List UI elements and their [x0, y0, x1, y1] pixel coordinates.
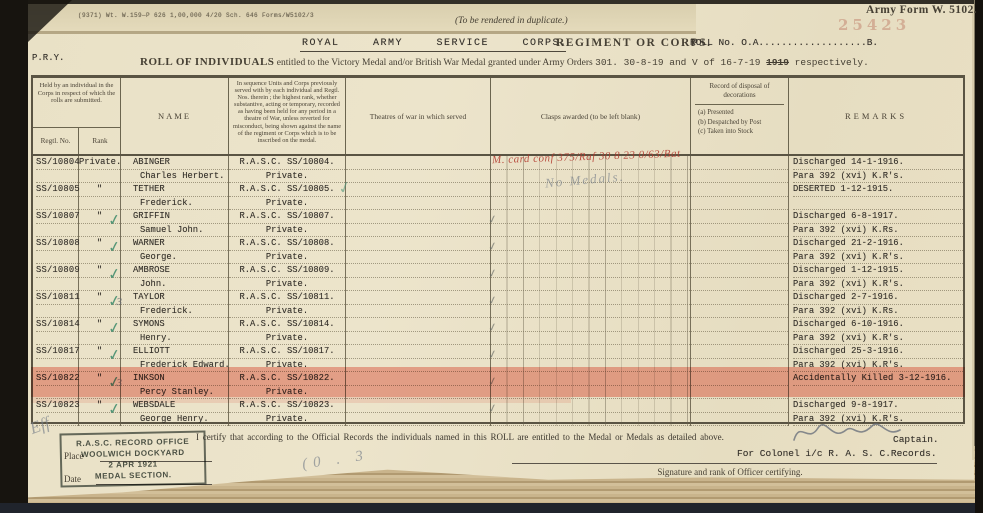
cell-theatres: ✓ [346, 237, 491, 264]
remark-line-1: Discharged 9-8-1917. [793, 399, 963, 413]
cell-name: ✓ WEBSDALE George Henry. [121, 399, 229, 426]
remark-line-1: DESERTED 1-12-1915. [793, 183, 963, 197]
cell-regtl-no: SS/10808 [33, 237, 79, 264]
cell-name: ✓ WARNER George. [121, 237, 229, 264]
clasps-blank-1 [491, 264, 690, 278]
header-disposal-title: Record of disposal of decorations [695, 82, 784, 100]
remark-line-1: Discharged 6-10-1916. [793, 318, 963, 332]
unit-rank-value: Private. [229, 359, 345, 373]
unit-value: R.A.S.C. SS/10808. [229, 237, 345, 251]
cell-clasps [491, 264, 691, 291]
clasps-blank-1 [491, 318, 690, 332]
disposal-blank-1 [691, 399, 788, 413]
surname-value: AMBROSE [121, 264, 228, 278]
unit-value: R.A.S.C. SS/10814. [229, 318, 345, 332]
roll-title-rest: entitled to the Victory Medal and/or Bri… [274, 58, 595, 68]
cell-disposal [691, 156, 789, 183]
regtl-no-blank [36, 332, 78, 346]
cell-unit: R.A.S.C. SS/10811. Private. [229, 291, 346, 318]
serial-number-stamp: 25423 [838, 16, 910, 34]
theatre-blank-1 [346, 399, 490, 413]
table-row: SS/10811 " 3 ✓ TAYLOR Frederick. R.A.S.C… [33, 291, 963, 318]
theatre-blank-1 [346, 345, 490, 359]
disposal-blank-1 [691, 345, 788, 359]
cell-unit: R.A.S.C. SS/10807. Private. [229, 210, 346, 237]
cell-disposal [691, 372, 789, 399]
cell-clasps [491, 237, 691, 264]
disposal-blank-1 [691, 183, 788, 197]
cell-name: ✓ INKSON Percy Stanley. [121, 372, 229, 399]
roll-title-lead: ROLL OF INDIVIDUALS [140, 56, 274, 68]
clasps-blank-2 [491, 251, 690, 265]
cell-clasps [491, 372, 691, 399]
regtl-no-value: SS/10807 [36, 210, 78, 224]
clasps-blank-1 [491, 291, 690, 305]
unit-value: R.A.S.C. SS/10823. [229, 399, 345, 413]
disposal-item-c: (c) Taken into Stock [695, 127, 784, 137]
unit-rank-value: Private. [229, 413, 345, 427]
corps-underline [300, 51, 566, 52]
regtl-no-blank [36, 170, 78, 184]
clasps-blank-2 [491, 359, 690, 373]
table-row: SS/10814 " ✓ SYMONS Henry. R.A.S.C. SS/1… [33, 318, 963, 345]
remark-line-1: Discharged 2-7-1916. [793, 291, 963, 305]
cell-name: ✓ ABINGER Charles Herbert. [121, 156, 229, 183]
medal-roll-table: Held by an individual in the Corps in re… [31, 75, 965, 424]
cell-theatres: ✓ [346, 291, 491, 318]
cell-remarks: Discharged 6-8-1917. Para 392 (xvi) K.Rs… [789, 210, 963, 237]
surname-value: GRIFFIN [121, 210, 228, 224]
theatre-blank-2 [346, 332, 490, 346]
table-body: SS/10804 Private. ✓ ABINGER Charles Herb… [33, 156, 963, 426]
regiment-or-corps-label: REGIMENT OR CORPS. [556, 37, 712, 49]
clasps-blank-1 [491, 237, 690, 251]
header-remarks: REMARKS [789, 78, 963, 154]
cell-unit: R.A.S.C. SS/10817. Private. [229, 345, 346, 372]
regtl-no-blank [36, 197, 78, 211]
forename-value: Frederick. [121, 305, 228, 319]
cell-regtl-no: SS/10805 [33, 183, 79, 210]
cell-name: ✓ TETHER Frederick. [121, 183, 229, 210]
cell-remarks: Discharged 6-10-1916. Para 392 (xvi) K.R… [789, 318, 963, 345]
regtl-no-blank [36, 251, 78, 265]
cell-rank: Private. [79, 156, 121, 183]
surname-value: WARNER [121, 237, 228, 251]
cell-remarks: Discharged 25-3-1916. Para 392 (xvi) K.R… [789, 345, 963, 372]
cell-regtl-no: SS/10804 [33, 156, 79, 183]
regtl-no-value: SS/10809 [36, 264, 78, 278]
cell-regtl-no: SS/10807 [33, 210, 79, 237]
regtl-no-value: SS/10808 [36, 237, 78, 251]
remark-line-2: Para 392 (xvi) K.Rs. [793, 305, 963, 319]
cell-remarks: Discharged 14-1-1916. Para 392 (xvi) K.R… [789, 156, 963, 183]
theatre-blank-2 [346, 413, 490, 427]
header-rank: Rank [79, 128, 121, 154]
surname-value: SYMONS [121, 318, 228, 332]
remark-line-2: Para 392 (xvi) K.R's. [793, 251, 963, 265]
clasps-blank-2 [491, 224, 690, 238]
remark-line-1: Discharged 25-3-1916. [793, 345, 963, 359]
regtl-no-blank [36, 224, 78, 238]
header-name: NAME [121, 78, 229, 154]
header-disposal: Record of disposal of decorations (a) Pr… [691, 78, 789, 154]
table-row: SS/10805 " ✓ TETHER Frederick. R.A.S.C. … [33, 183, 963, 210]
cell-unit: R.A.S.C. SS/10809. Private. [229, 264, 346, 291]
disposal-blank-2 [691, 386, 788, 400]
theatre-blank-2 [346, 197, 490, 211]
disposal-blank-2 [691, 359, 788, 373]
rank-value: " [79, 183, 120, 197]
cell-disposal [691, 318, 789, 345]
cell-unit: R.A.S.C. SS/10823. Private. [229, 399, 346, 426]
cell-unit: R.A.S.C. SS/10808. Private. [229, 237, 346, 264]
clasps-blank-2 [491, 332, 690, 346]
disposal-item-b: (b) Despatched by Post [695, 118, 784, 128]
header-held-by: Held by an individual in the Corps in re… [33, 78, 121, 154]
cell-unit: R.A.S.C. SS/10804. Private. [229, 156, 346, 183]
theatre-blank-2 [346, 305, 490, 319]
forename-value: George Henry. [121, 413, 228, 427]
header-disposal-items: (a) Presented (b) Despatched by Post (c)… [695, 108, 784, 137]
theatre-blank-1 [346, 210, 490, 224]
record-office-stamp: R.A.S.C. RECORD OFFICE WOOLWICH DOCKYARD… [59, 430, 206, 487]
unit-value: R.A.S.C. SS/10811. [229, 291, 345, 305]
remark-line-2: Para 392 (xvi) K.R's. [793, 359, 963, 373]
stamp-line-4: MEDAL SECTION. [62, 469, 204, 483]
surname-value: TAYLOR [121, 291, 228, 305]
cell-disposal [691, 183, 789, 210]
theatre-blank-2 [346, 170, 490, 184]
table-row: SS/10809 " ✓ AMBROSE John. R.A.S.C. SS/1… [33, 264, 963, 291]
regtl-no-value: SS/10811 [36, 291, 78, 305]
forename-value: Henry. [121, 332, 228, 346]
disposal-blank-2 [691, 197, 788, 211]
cell-theatres: ✓ [346, 264, 491, 291]
cell-disposal [691, 291, 789, 318]
forename-value: Percy Stanley. [121, 386, 228, 400]
header-units: In sequence Units and Corps previously s… [229, 78, 346, 154]
forename-value: Frederick Edward. [121, 359, 228, 373]
cell-rank: " [79, 183, 121, 210]
disposal-blank-1 [691, 210, 788, 224]
rank-value: Private. [79, 156, 120, 170]
forename-value: John. [121, 278, 228, 292]
unit-value: R.A.S.C. SS/10817. [229, 345, 345, 359]
remark-line-1: Discharged 14-1-1916. [793, 156, 963, 170]
disposal-blank-1 [691, 156, 788, 170]
table-row: SS/10822 " 3 ✓ INKSON Percy Stanley. R.A… [33, 372, 963, 399]
regtl-no-value: SS/10814 [36, 318, 78, 332]
regtl-no-blank [36, 305, 78, 319]
header-clasps: Clasps awarded (to be left blank) [491, 78, 691, 154]
remark-line-2: Para 392 (xvi) K.Rs. [793, 224, 963, 238]
forename-value: Charles Herbert. [121, 170, 228, 184]
cell-remarks: Accidentally Killed 3-12-1916. [789, 372, 963, 399]
theatre-blank-2 [346, 278, 490, 292]
disposal-blank-1 [691, 318, 788, 332]
theatre-blank-1 [346, 183, 490, 197]
header-held-by-subrow: Regtl. No. Rank [33, 127, 120, 154]
cell-remarks: Discharged 2-7-1916. Para 392 (xvi) K.Rs… [789, 291, 963, 318]
army-form-number: Army Form W. 5102. [866, 4, 977, 16]
cell-remarks: Discharged 21-2-1916. Para 392 (xvi) K.R… [789, 237, 963, 264]
header-regtl-no: Regtl. No. [33, 128, 79, 154]
unit-rank-value: Private. [229, 305, 345, 319]
unit-rank-value: Private. [229, 170, 345, 184]
cell-regtl-no: SS/10817 [33, 345, 79, 372]
header-held-by-text: Held by an individual in the Corps in re… [33, 78, 120, 127]
cell-unit: R.A.S.C. SS/10814. Private. [229, 318, 346, 345]
cell-clasps [491, 399, 691, 426]
theatre-blank-2 [346, 359, 490, 373]
cell-clasps [491, 291, 691, 318]
forename-value: George. [121, 251, 228, 265]
cell-disposal [691, 399, 789, 426]
cell-unit: R.A.S.C. SS/10805. Private. [229, 183, 346, 210]
disposal-blank-2 [691, 278, 788, 292]
remark-line-2: Para 392 (xvi) K.R's. [793, 332, 963, 346]
cell-remarks: DESERTED 1-12-1915. [789, 183, 963, 210]
forename-value: Frederick. [121, 197, 228, 211]
surname-value: TETHER [121, 183, 228, 197]
scanned-medal-roll-page: (9371) Wt. W.159—P 626 1,00,000 4/20 Sch… [0, 0, 983, 513]
cell-theatres: ✓ [346, 183, 491, 210]
regtl-no-value: SS/10822 [36, 372, 78, 386]
clasps-blank-1 [491, 399, 690, 413]
theatre-blank-1 [346, 264, 490, 278]
clasps-blank-2 [491, 413, 690, 427]
roll-title-orders: 301. 30-8-19 and V of 16-7-19 [595, 57, 766, 68]
corps-name: ROYAL ARMY SERVICE CORPS. [302, 38, 568, 49]
clasps-blank-1 [491, 210, 690, 224]
unit-value: R.A.S.C. SS/10822. [229, 372, 345, 386]
cell-theatres: ✓ [346, 372, 491, 399]
for-colonel-line: For Colonel i/c R. A. S. C.Records. [737, 448, 937, 459]
remark-line-2: Para 392 (xvi) K.R's. [793, 170, 963, 184]
unit-rank-value: Private. [229, 332, 345, 346]
cell-disposal [691, 210, 789, 237]
header-disposal-divider [695, 104, 784, 105]
disposal-blank-1 [691, 291, 788, 305]
cell-theatres: ✓ [346, 156, 491, 183]
cell-remarks: Discharged 1-12-1915. Para 392 (xvi) K.R… [789, 264, 963, 291]
cell-theatres: ✓ [346, 318, 491, 345]
regtl-no-blank [36, 359, 78, 373]
surname-value: WEBSDALE [121, 399, 228, 413]
disposal-item-a: (a) Presented [695, 108, 784, 118]
signature-scribble [788, 416, 908, 448]
header-theatres: Theatres of war in which served [346, 78, 491, 154]
disposal-blank-1 [691, 264, 788, 278]
rank-blank [79, 170, 120, 184]
disposal-blank-1 [691, 237, 788, 251]
cell-regtl-no: SS/10814 [33, 318, 79, 345]
table-header-row: Held by an individual in the Corps in re… [33, 78, 963, 156]
roll-title: ROLL OF INDIVIDUALS entitled to the Vict… [140, 56, 869, 68]
remark-line-2 [793, 197, 963, 211]
remark-line-2 [793, 386, 963, 400]
surname-value: ELLIOTT [121, 345, 228, 359]
unit-rank-value: Private. [229, 278, 345, 292]
remark-line-1: Discharged 6-8-1917. [793, 210, 963, 224]
cell-regtl-no: SS/10811 [33, 291, 79, 318]
surname-value: ABINGER [121, 156, 228, 170]
unit-rank-value: Private. [229, 251, 345, 265]
regtl-no-value: SS/10804 [36, 156, 78, 170]
regtl-no-value: SS/10805 [36, 183, 78, 197]
theatre-blank-2 [346, 224, 490, 238]
disposal-blank-2 [691, 305, 788, 319]
certification-text: I certify that according to the Official… [196, 432, 724, 442]
theatre-blank-1 [346, 156, 490, 170]
theatre-blank-2 [346, 251, 490, 265]
unit-rank-value: Private. [229, 386, 345, 400]
cell-disposal [691, 345, 789, 372]
regtl-no-value: SS/10823 [36, 399, 78, 413]
disposal-blank-2 [691, 413, 788, 427]
cell-theatres: ✓ [346, 399, 491, 426]
signature-caption: Signature and rank of Officer certifying… [600, 467, 860, 477]
clasps-blank-2 [491, 278, 690, 292]
rank-blank [79, 197, 120, 211]
captain-rank: Captain. [893, 434, 939, 445]
disposal-blank-2 [691, 224, 788, 238]
unit-value: R.A.S.C. SS/10807. [229, 210, 345, 224]
cell-clasps [491, 210, 691, 237]
clasps-blank-1 [491, 372, 690, 386]
cell-name: ✓ TAYLOR Frederick. [121, 291, 229, 318]
cell-regtl-no: SS/10809 [33, 264, 79, 291]
unit-value: R.A.S.C. SS/10809. [229, 264, 345, 278]
theatre-blank-1 [346, 237, 490, 251]
forename-value: Samuel John. [121, 224, 228, 238]
table-row: SS/10817 " ✓ ELLIOTT Frederick Edward. R… [33, 345, 963, 372]
roll-title-struck-text: 1919 [766, 57, 789, 68]
scan-bottom-strip [0, 503, 983, 513]
scan-right-strip [975, 0, 983, 513]
roll-number: ROLL No. O.A...................B. [690, 37, 878, 48]
unit-value: R.A.S.C. SS/10804. [229, 156, 345, 170]
clasps-blank-2 [491, 386, 690, 400]
signature-underline [512, 463, 937, 464]
cell-theatres: ✓ [346, 210, 491, 237]
disposal-blank-2 [691, 251, 788, 265]
remark-line-2: Para 392 (xvi) K.R's. [793, 278, 963, 292]
cell-clasps [491, 318, 691, 345]
theatre-blank-1 [346, 318, 490, 332]
theatre-blank-1 [346, 372, 490, 386]
regtl-no-blank [36, 386, 78, 400]
unit-value: R.A.S.C. SS/10805. [229, 183, 345, 197]
cell-disposal [691, 264, 789, 291]
page-ref: P.R.Y. [32, 53, 64, 63]
disposal-blank-1 [691, 372, 788, 386]
cell-unit: R.A.S.C. SS/10822. Private. [229, 372, 346, 399]
remark-line-1: Accidentally Killed 3-12-1916. [793, 372, 963, 386]
unit-rank-value: Private. [229, 224, 345, 238]
table-row: SS/10807 " ✓ GRIFFIN Samuel John. R.A.S.… [33, 210, 963, 237]
cell-name: ✓ SYMONS Henry. [121, 318, 229, 345]
cell-name: ✓ AMBROSE John. [121, 264, 229, 291]
clasps-blank-1 [491, 345, 690, 359]
clasps-blank-2 [491, 305, 690, 319]
regtl-no-blank [36, 278, 78, 292]
disposal-blank-2 [691, 332, 788, 346]
roll-title-tail: respectively. [789, 57, 869, 68]
duplicate-note: (To be rendered in duplicate.) [455, 16, 568, 26]
cell-theatres: ✓ [346, 345, 491, 372]
theatre-blank-1 [346, 291, 490, 305]
regtl-no-value: SS/10817 [36, 345, 78, 359]
theatre-blank-2 [346, 386, 490, 400]
remark-line-1: Discharged 1-12-1915. [793, 264, 963, 278]
cell-regtl-no: SS/10822 [33, 372, 79, 399]
printer-imprint: (9371) Wt. W.159—P 626 1,00,000 4/20 Sch… [78, 12, 314, 19]
table-row: SS/10808 " ✓ WARNER George. R.A.S.C. SS/… [33, 237, 963, 264]
cell-name: ✓ GRIFFIN Samuel John. [121, 210, 229, 237]
cell-name: ✓ ELLIOTT Frederick Edward. [121, 345, 229, 372]
cell-clasps [491, 345, 691, 372]
remark-line-1: Discharged 21-2-1916. [793, 237, 963, 251]
clasps-blank-2 [491, 197, 690, 211]
unit-rank-value: Private. [229, 197, 345, 211]
cell-disposal [691, 237, 789, 264]
surname-value: INKSON [121, 372, 228, 386]
under-page-strip [28, 4, 696, 34]
disposal-blank-2 [691, 170, 788, 184]
